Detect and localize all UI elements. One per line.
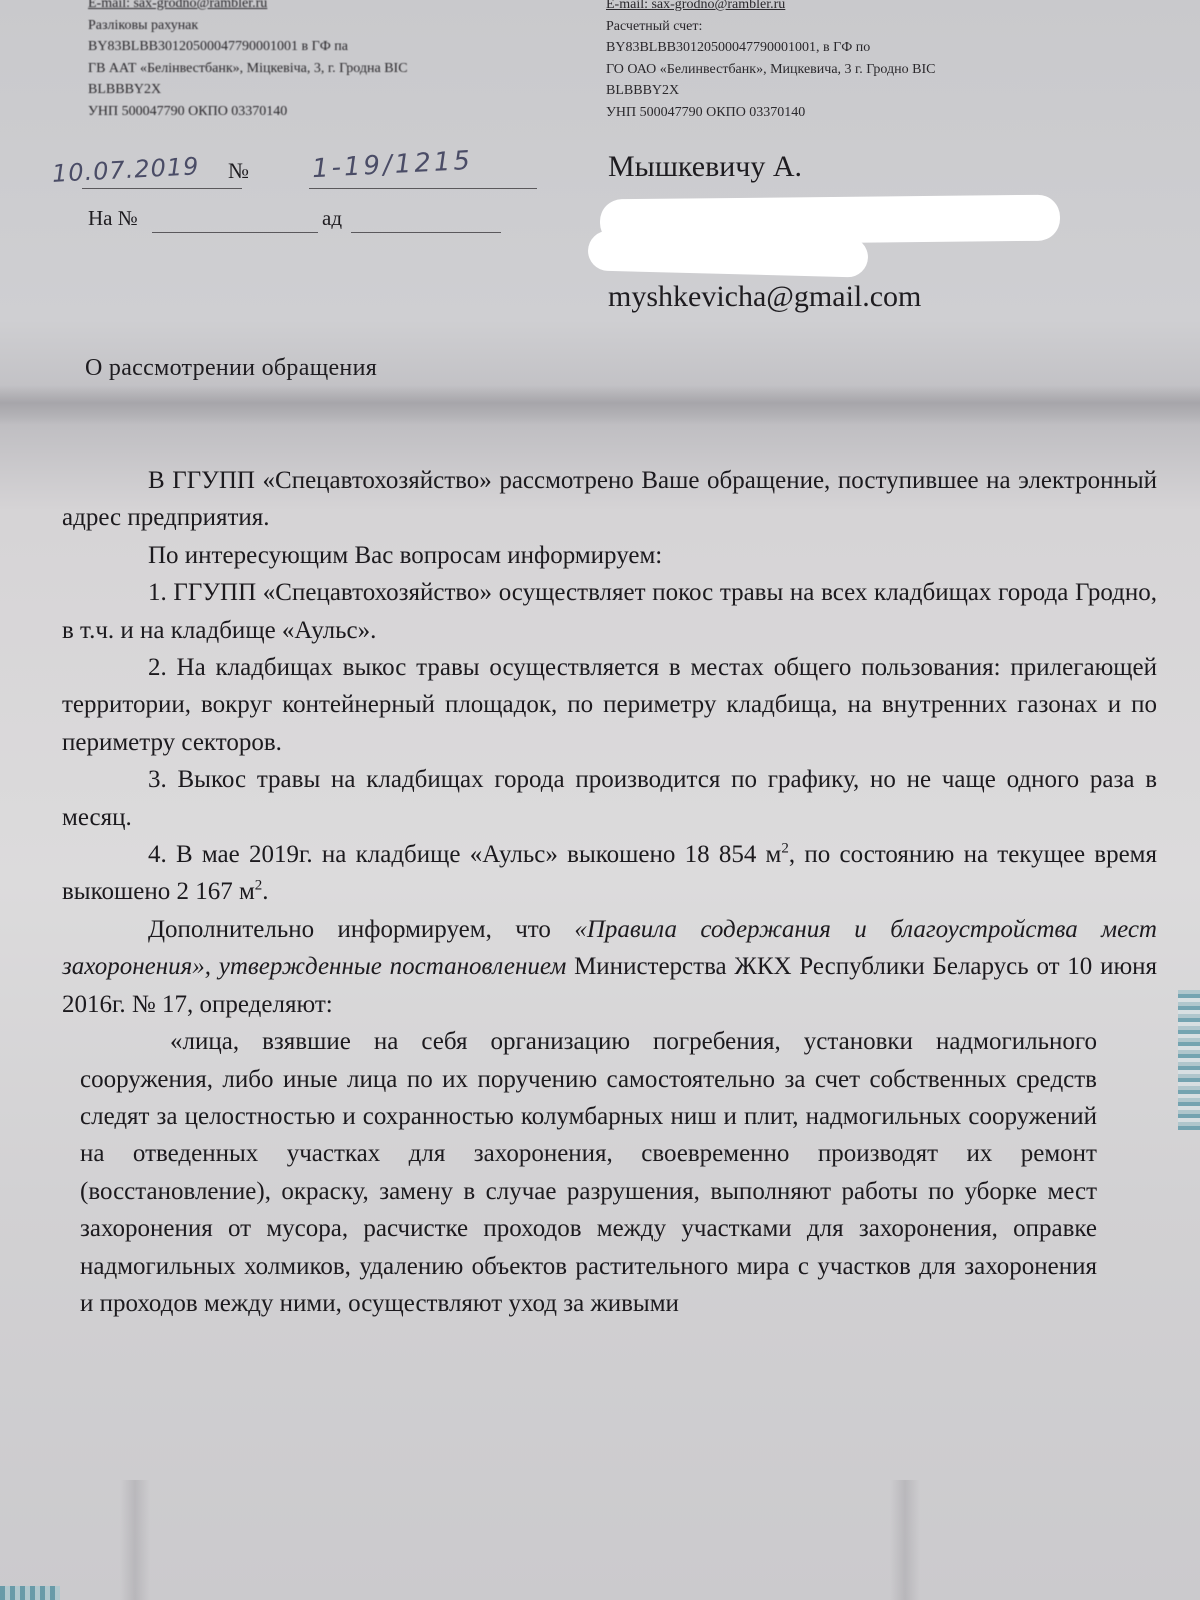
number-underline xyxy=(309,188,537,189)
reference-from-underline xyxy=(351,232,501,233)
list-item-4: 4. В мае 2019г. на кладбище «Аульс» выко… xyxy=(62,836,1157,911)
reference-block: На № ад xyxy=(88,206,508,236)
paper-fold-shadow xyxy=(0,385,1200,425)
header-line: УНП 500047790 ОКПО 03370140 xyxy=(606,102,935,124)
header-line: УНП 500047790 ОКПО 03370140 xyxy=(88,101,408,123)
registration-number: 1-19/1215 xyxy=(311,146,473,184)
recipient-name: Мышкевичу А. xyxy=(608,150,802,184)
letter-body: В ГГУПП «Спецавтохозяйство» рассмотрено … xyxy=(62,462,1157,1322)
date-underline xyxy=(82,188,242,189)
registration-date: 10.07.2019 xyxy=(51,152,200,188)
header-line: ГВ ААТ «Белінвестбанк», Міцкевіча, 3, г.… xyxy=(88,58,408,80)
header-line: BY83BLBB30120500047790001001 в ГФ па xyxy=(88,36,408,58)
header-line: BLBBBY2X xyxy=(606,80,935,102)
paragraph-rules: Дополнительно информируем, что «Правила … xyxy=(62,911,1157,1023)
redaction-mark xyxy=(588,230,869,277)
list-item-2: 2. На кладбищах выкос травы осуществляет… xyxy=(62,649,1157,761)
sender-header-russian: E-mail: sax-grodno@rambler.ru Расчетный … xyxy=(606,0,935,123)
recipient-email: myshkevicha@gmail.com xyxy=(608,280,921,314)
paper-crease xyxy=(120,1480,150,1600)
paragraph-intro: В ГГУПП «Спецавтохозяйство» рассмотрено … xyxy=(62,462,1157,537)
superscript: 2 xyxy=(781,841,789,857)
sender-header-belarusian: E-mail: sax-grodno@rambler.ru Разліковы … xyxy=(88,0,408,122)
item4-text: . xyxy=(262,878,268,905)
paper-crease xyxy=(890,1480,920,1600)
registration-block: 10.07.2019 № 1-19/1215 xyxy=(52,150,492,190)
letter-subject: О рассмотрении обращения xyxy=(85,355,377,382)
rules-quote: «лица, взявшие на себя организацию погре… xyxy=(62,1023,1157,1322)
list-item-3: 3. Выкос травы на кладбищах города произ… xyxy=(62,761,1157,836)
reference-label: На № xyxy=(88,206,138,231)
header-line: BLBBBY2X xyxy=(88,79,408,101)
number-label: № xyxy=(228,158,249,184)
header-line: ГО ОАО «Белинвестбанк», Мицкевича, 3 г. … xyxy=(606,59,935,81)
header-line: Разліковы рахунак xyxy=(88,15,408,37)
background-fabric xyxy=(1178,990,1200,1130)
reference-underline xyxy=(152,232,318,233)
item4-text: 4. В мае 2019г. на кладбище «Аульс» выко… xyxy=(148,841,781,868)
paragraph-lead: По интересующим Вас вопросам информируем… xyxy=(62,537,1157,574)
list-item-1: 1. ГГУПП «Спецавтохозяйство» осуществляе… xyxy=(62,574,1157,649)
header-line: E-mail: sax-grodno@rambler.ru xyxy=(606,0,935,16)
header-line: BY83BLBB30120500047790001001, в ГФ по xyxy=(606,37,935,59)
rules-text: Дополнительно информируем, что xyxy=(148,916,574,943)
header-line: Расчетный счет: xyxy=(606,16,935,38)
header-line: E-mail: sax-grodno@rambler.ru xyxy=(88,0,408,15)
background-fabric xyxy=(0,1586,60,1600)
reference-from-label: ад xyxy=(322,206,342,231)
